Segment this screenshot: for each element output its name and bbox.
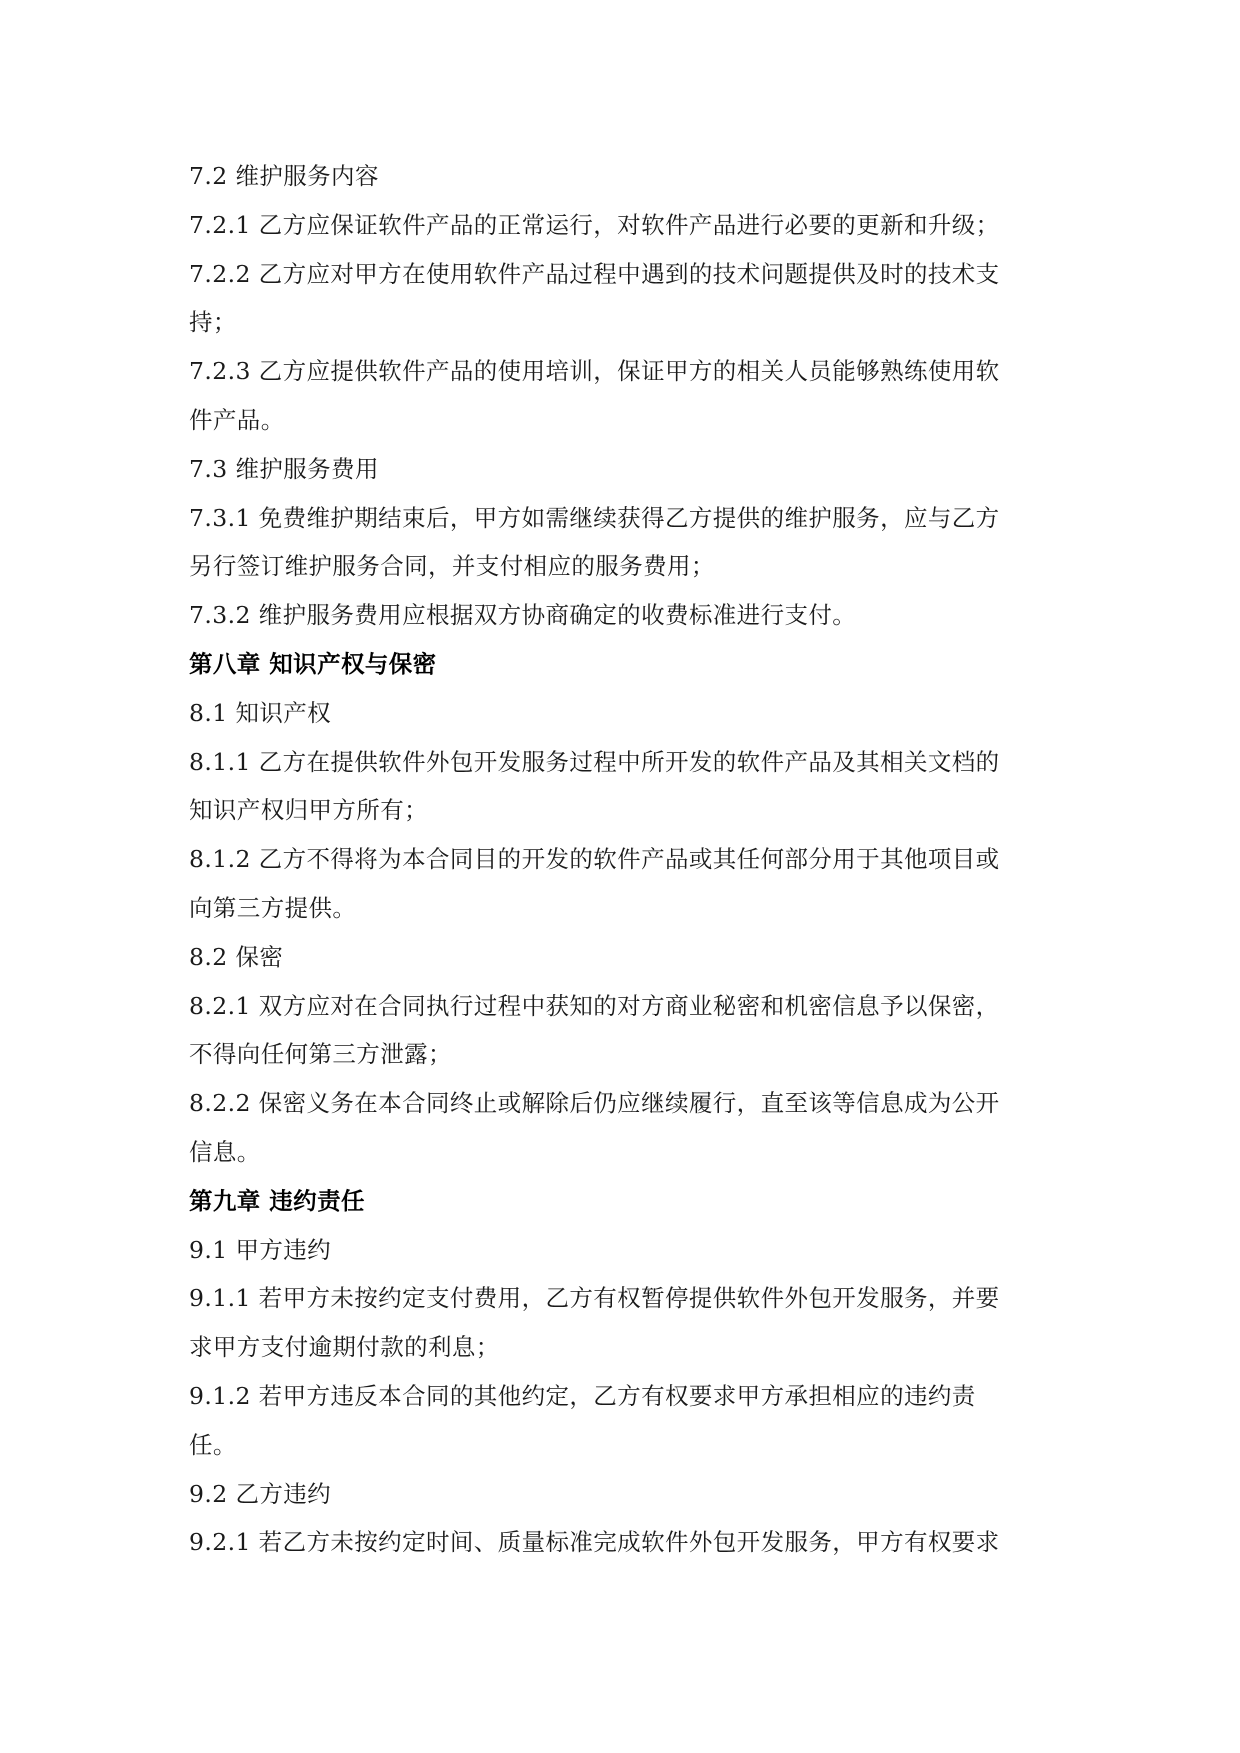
clause-9-1-1-continuation: 求甲方支付逾期付款的利息； — [189, 1329, 1059, 1378]
section-heading-8-2: 8.2 保密 — [189, 939, 1059, 988]
chapter-heading-9: 第九章 违约责任 — [189, 1183, 1059, 1232]
clause-8-2-1-continuation: 不得向任何第三方泄露； — [189, 1036, 1059, 1085]
clause-8-2-2: 8.2.2 保密义务在本合同终止或解除后仍应继续履行，直至该等信息成为公开 — [189, 1085, 1059, 1134]
clause-7-3-1-continuation: 另行签订维护服务合同，并支付相应的服务费用； — [189, 548, 1059, 597]
clause-9-1-1: 9.1.1 若甲方未按约定支付费用，乙方有权暂停提供软件外包开发服务，并要 — [189, 1280, 1059, 1329]
section-heading-7-3: 7.3 维护服务费用 — [189, 451, 1059, 500]
clause-9-2-1: 9.2.1 若乙方未按约定时间、质量标准完成软件外包开发服务，甲方有权要求 — [189, 1524, 1059, 1573]
clause-8-1-2-continuation: 向第三方提供。 — [189, 890, 1059, 939]
clause-8-2-1: 8.2.1 双方应对在合同执行过程中获知的对方商业秘密和机密信息予以保密， — [189, 988, 1059, 1037]
clause-8-2-2-continuation: 信息。 — [189, 1134, 1059, 1183]
section-heading-9-1: 9.1 甲方违约 — [189, 1232, 1059, 1281]
section-heading-7-2: 7.2 维护服务内容 — [189, 158, 1059, 207]
chapter-heading-8: 第八章 知识产权与保密 — [189, 646, 1059, 695]
clause-7-2-2-continuation: 持； — [189, 304, 1059, 353]
clause-8-1-1: 8.1.1 乙方在提供软件外包开发服务过程中所开发的软件产品及其相关文档的 — [189, 744, 1059, 793]
clause-7-2-3: 7.2.3 乙方应提供软件产品的使用培训，保证甲方的相关人员能够熟练使用软 — [189, 353, 1059, 402]
clause-7-3-2: 7.3.2 维护服务费用应根据双方协商确定的收费标准进行支付。 — [189, 597, 1059, 646]
clause-8-1-2: 8.1.2 乙方不得将为本合同目的开发的软件产品或其任何部分用于其他项目或 — [189, 841, 1059, 890]
clause-7-2-2: 7.2.2 乙方应对甲方在使用软件产品过程中遇到的技术问题提供及时的技术支 — [189, 256, 1059, 305]
clause-7-3-1: 7.3.1 免费维护期结束后，甲方如需继续获得乙方提供的维护服务，应与乙方 — [189, 500, 1059, 549]
clause-8-1-1-continuation: 知识产权归甲方所有； — [189, 792, 1059, 841]
clause-7-2-1: 7.2.1 乙方应保证软件产品的正常运行，对软件产品进行必要的更新和升级； — [189, 207, 1059, 256]
section-heading-8-1: 8.1 知识产权 — [189, 695, 1059, 744]
clause-9-1-2-continuation: 任。 — [189, 1427, 1059, 1476]
clause-9-1-2: 9.1.2 若甲方违反本合同的其他约定，乙方有权要求甲方承担相应的违约责 — [189, 1378, 1059, 1427]
section-heading-9-2: 9.2 乙方违约 — [189, 1476, 1059, 1525]
clause-7-2-3-continuation: 件产品。 — [189, 402, 1059, 451]
document-page: 7.2 维护服务内容 7.2.1 乙方应保证软件产品的正常运行，对软件产品进行必… — [189, 158, 1059, 1573]
